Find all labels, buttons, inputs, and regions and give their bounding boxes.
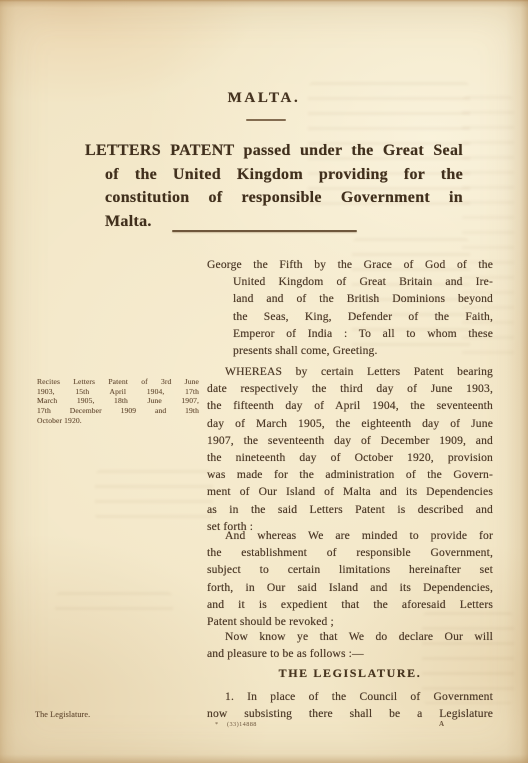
margin-note-legislature: The Legislature. <box>35 710 205 720</box>
enacting-words-paragraph: Now know ye that We do declare Our willa… <box>207 628 493 662</box>
scanned-letters-patent-page: MALTA. LETTERS PATENT passed under the G… <box>0 0 528 763</box>
bleedthrough-ghost <box>95 470 213 520</box>
margin-note-recites: Recites Letters Patent of 3rd June1903, … <box>37 377 199 426</box>
signature-letter: A <box>439 720 444 728</box>
whereas-recital-paragraph: WHEREAS by certain Letters Patent bearin… <box>207 363 493 535</box>
page-footer: * (33)14888 A <box>207 720 493 730</box>
separator-rule <box>172 230 357 232</box>
royal-style-paragraph: George the Fifth by the Grace of God of … <box>207 256 493 359</box>
heading-rule <box>246 119 286 121</box>
section-heading-legislature: THE LEGISLATURE. <box>207 666 493 681</box>
bleedthrough-ghost <box>55 592 173 614</box>
and-whereas-paragraph: And whereas We are minded to provide for… <box>207 527 493 630</box>
printer-code: (33)14888 <box>227 721 257 728</box>
printer-mark: * <box>215 721 219 728</box>
country-heading: MALTA. <box>0 90 528 107</box>
clause-1-paragraph: 1. In place of the Council of Government… <box>207 688 493 722</box>
document-title: LETTERS PATENT passed under the Great Se… <box>85 139 463 233</box>
